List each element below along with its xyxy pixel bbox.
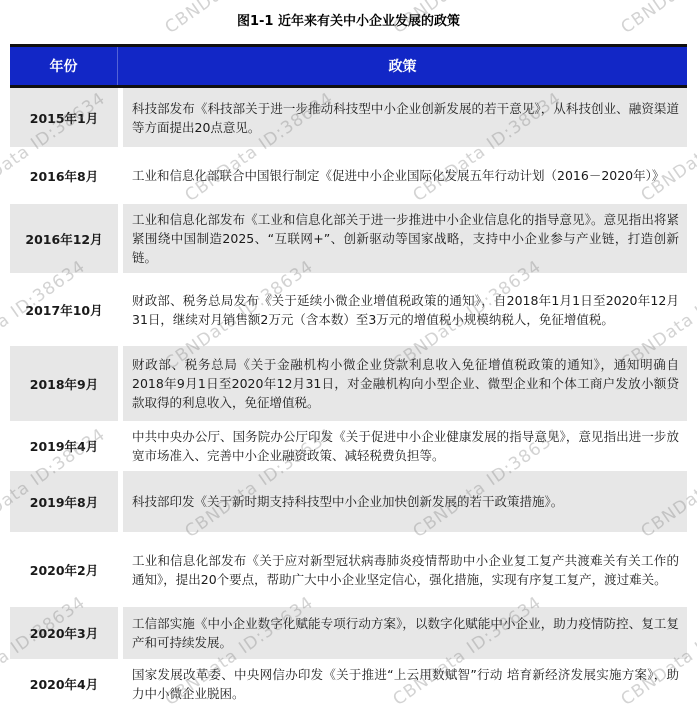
table-row: 2017年10月 财政部、税务总局发布《关于延续小微企业增值税政策的通知》，自2… (10, 273, 687, 346)
table-row: 2020年4月 国家发展改革委、中央网信办印发《关于推进“上云用数赋智”行动 培… (10, 659, 687, 707)
row-year: 2020年3月 (10, 607, 118, 659)
table-row: 2016年8月 工业和信息化部联合中国银行制定《促进中小企业国际化发展五年行动计… (10, 147, 687, 204)
column-header-policy: 政策 (118, 47, 687, 85)
row-year: 2018年9月 (10, 346, 118, 421)
row-year: 2019年4月 (10, 421, 118, 471)
row-policy: 财政部、税务总局发布《关于延续小微企业增值税政策的通知》，自2018年1月1日至… (123, 273, 687, 346)
table-row: 2019年8月 科技部印发《关于新时期支持科技型中小企业加快创新发展的若干政策措… (10, 471, 687, 532)
figure-title: 图1-1 近年来有关中小企业发展的政策 (0, 0, 697, 34)
table-row: 2018年9月 财政部、税务总局《关于金融机构小微企业贷款利息收入免征增值税政策… (10, 346, 687, 421)
row-policy: 工业和信息化部发布《关于应对新型冠状病毒肺炎疫情帮助中小企业复工复产共渡难关有关… (123, 532, 687, 607)
report-figure-page: 图1-1 近年来有关中小企业发展的政策 年份 政策 2015年1月 科技部发布《… (0, 0, 697, 707)
table-body: 2015年1月 科技部发布《科技部关于进一步推动科技型中小企业创新发展的若干意见… (10, 88, 687, 707)
table-row: 2019年4月 中共中央办公厅、国务院办公厅印发《关于促进中小企业健康发展的指导… (10, 421, 687, 471)
row-policy: 工业和信息化部联合中国银行制定《促进中小企业国际化发展五年行动计划（2016－2… (123, 147, 687, 204)
table-row: 2015年1月 科技部发布《科技部关于进一步推动科技型中小企业创新发展的若干意见… (10, 88, 687, 147)
row-year: 2017年10月 (10, 273, 118, 346)
row-policy: 工业和信息化部发布《工业和信息化部关于进一步推进中小企业信息化的指导意见》。意见… (123, 204, 687, 273)
row-year: 2019年8月 (10, 471, 118, 532)
row-year: 2015年1月 (10, 88, 118, 147)
row-year: 2016年12月 (10, 204, 118, 273)
row-policy: 国家发展改革委、中央网信办印发《关于推进“上云用数赋智”行动 培育新经济发展实施… (123, 659, 687, 707)
table-row: 2016年12月 工业和信息化部发布《工业和信息化部关于进一步推进中小企业信息化… (10, 204, 687, 273)
table-row: 2020年2月 工业和信息化部发布《关于应对新型冠状病毒肺炎疫情帮助中小企业复工… (10, 532, 687, 607)
policy-table: 年份 政策 2015年1月 科技部发布《科技部关于进一步推动科技型中小企业创新发… (10, 44, 687, 707)
row-policy: 科技部发布《科技部关于进一步推动科技型中小企业创新发展的若干意见》，从科技创业、… (123, 88, 687, 147)
row-year: 2016年8月 (10, 147, 118, 204)
table-header-row: 年份 政策 (10, 44, 687, 88)
row-policy: 科技部印发《关于新时期支持科技型中小企业加快创新发展的若干政策措施》。 (123, 471, 687, 532)
table-row: 2020年3月 工信部实施《中小企业数字化赋能专项行动方案》，以数字化赋能中小企… (10, 607, 687, 659)
row-year: 2020年2月 (10, 532, 118, 607)
row-policy: 工信部实施《中小企业数字化赋能专项行动方案》，以数字化赋能中小企业，助力疫情防控… (123, 607, 687, 659)
row-policy: 中共中央办公厅、国务院办公厅印发《关于促进中小企业健康发展的指导意见》，意见指出… (123, 421, 687, 471)
row-policy: 财政部、税务总局《关于金融机构小微企业贷款利息收入免征增值税政策的通知》，通知明… (123, 346, 687, 421)
column-header-year: 年份 (10, 47, 118, 85)
row-year: 2020年4月 (10, 659, 118, 707)
